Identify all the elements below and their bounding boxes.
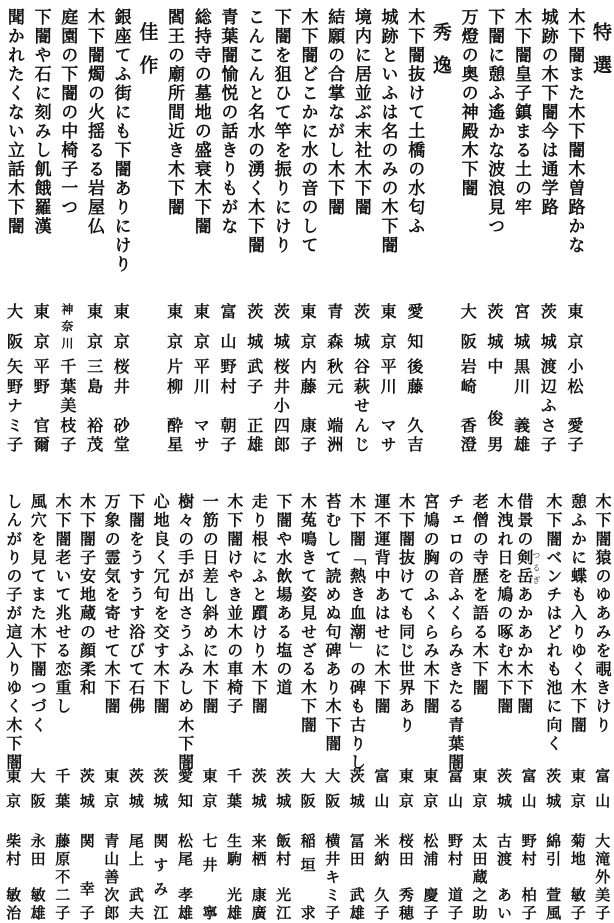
prefecture-label: 茨城 [491,768,516,808]
char: 後 [406,358,422,374]
char: 宮 [513,303,529,319]
char: 島 [86,378,102,394]
char: 垣 [300,857,315,872]
author-name: 平野 官爾 [27,358,54,452]
char: 東 [398,768,413,783]
char: 井 [112,378,128,394]
author-name: 横井キミ子 [319,833,344,920]
char: 城 [275,793,290,808]
char: 井 [201,857,216,872]
char: み [152,881,167,896]
char: 谷 [352,358,368,374]
prefecture-label: 東京 [294,303,321,349]
char: 渡 [496,851,511,866]
char: 子 [570,905,585,920]
char: 松 [177,833,192,848]
char: 野 [32,378,48,394]
char [192,397,208,413]
char: 藤 [299,378,315,394]
prefecture-label: 神奈川 [54,303,81,349]
char: 廣 [251,905,266,920]
haiku-column: チェロの音ふくらみきたる青葉闇 富山 野村 道子 [442,485,467,923]
char: 枝 [59,417,75,433]
char: 野 [219,358,235,374]
char: 愛 [566,417,582,433]
char: 関 [79,833,94,848]
char: 俊 [486,410,502,426]
char: 川 [192,378,208,394]
author-name: 内藤 康子 [294,358,321,452]
author-name: 米納 久子 [369,833,394,920]
prefecture-label: 富山 [589,768,614,808]
char: 光 [275,887,290,902]
char: 城 [486,333,502,349]
char: 官 [32,417,48,433]
char: 城 [496,793,511,808]
char: 奈 [61,320,73,332]
haiku-column: 木洩れ日を鳩の啄む木下闇 茨城 古渡 あい [491,485,516,923]
char: 香 [459,417,475,433]
char: 京 [32,333,48,349]
char [373,869,388,884]
char: 幸 [79,881,94,896]
author-name: 松浦 慶子 [418,833,443,920]
char: 原 [54,851,69,866]
char: 洲 [326,436,342,452]
char: 茨 [496,768,511,783]
author-name: 柴村 敏治 [0,833,25,920]
char: 東 [32,303,48,319]
author-name: 谷萩せんじ [347,358,374,452]
prefecture-label: 茨城 [540,768,565,808]
char: 村 [219,378,235,394]
char: 古 [496,833,511,848]
char: 茨 [152,768,167,783]
char: 菊 [570,833,585,848]
char: 茨 [128,768,143,783]
prefecture-label: 大阪 [25,768,50,808]
haiku-column: 下闇や石に刻みし飢餓羅漢 東京 平野 官爾 [27,0,54,460]
author-name: 秋元 端洲 [320,358,347,452]
haiku-column: 聞かれたくない立話木下闇 大阪 矢野ナミ子 [0,0,27,460]
char: キ [324,869,339,884]
char: 子 [6,436,22,452]
char: 京 [422,793,437,808]
char: 辺 [539,378,555,394]
prefecture-label: 東京 [0,768,25,808]
char: 柳 [166,378,182,394]
char: 正 [246,417,262,433]
haiku-column: 一筋の日差し斜めに木下闇 東京 七井 寧 [197,485,222,923]
prefecture-label: 茨城 [344,768,369,808]
char: 萱 [545,887,560,902]
char: 崎 [459,378,475,394]
prefecture-label: 茨城 [534,303,561,349]
author-name: 桜井 砂堂 [107,358,134,452]
char [32,397,48,413]
char: 七 [201,833,216,848]
author-name: 黒川 義雄 [507,358,534,452]
char: 雄 [177,905,192,920]
char: 孝 [177,887,192,902]
haiku-column: 木下闇抜けて土橋の水匂ふ 愛知 後藤 久吉 [401,0,428,460]
prefecture-label: 東京 [27,303,54,349]
char: 野 [521,833,536,848]
prefecture-label: 東京 [160,303,187,349]
char: 村 [447,851,462,866]
char: 京 [379,333,395,349]
haiku-column: 木下闇けやき並木の車椅子 千葉 生駒 光雄 [221,485,246,923]
char: 村 [275,851,290,866]
char: 夫 [128,905,143,920]
haiku-column: 木下闇老いて兆せる恋重し 千葉 藤原不二子 [49,485,74,923]
char: 黒 [513,358,529,374]
author-name: 菊地 敏子 [565,833,590,920]
char [226,869,241,884]
char: 藤 [406,378,422,394]
haiku-column: 走り根にふと躓けり木下闇 茨城 来栖 康廣 [246,485,271,923]
prefecture-label: 茨城 [270,768,295,808]
char: 小 [272,397,288,413]
char: さ [539,417,555,433]
char: 浦 [422,851,437,866]
char: 阪 [30,793,45,808]
char [379,397,395,413]
char [486,384,502,400]
char: 山 [373,793,388,808]
haiku-column: 青葉闇愉悦の話きりもがな 富山 野村 朝子 [214,0,241,460]
char: 京 [398,793,413,808]
char: 雄 [513,436,529,452]
heading-column: 佳作 [134,0,161,460]
char: 雄 [30,905,45,920]
char: 堂 [112,436,128,452]
char: 東 [112,303,128,319]
heading-column: 特選 [587,0,614,460]
char [326,397,342,413]
author-name: 平川 マサ [187,358,214,452]
prefecture-label: 千葉 [49,768,74,808]
char: 葉 [59,378,75,394]
char: 山 [447,793,462,808]
haiku-column: 城跡といふは名のみの木下闇 東京 平川 マサ [374,0,401,460]
char [128,869,143,884]
char: 善 [103,869,118,884]
char: 雄 [226,905,241,920]
char: 森 [326,333,342,349]
haiku-selection-page: 特選 木下闇また木下闇木曽路かな 東京 小松 愛子 城跡の木下闇今は通学路 茨城… [0,0,614,923]
char: 城 [539,333,555,349]
char: 京 [86,333,102,349]
char: 男 [486,436,502,452]
author-name: 野村 朝子 [214,358,241,452]
char: 中 [486,358,502,374]
char: い [496,905,511,920]
char: 端 [326,417,342,433]
author-name: 太田蔵之助 [467,833,492,920]
haiku-column: 木下闇猿のゆあみを覗きけり 富山 大滝外美子 [589,485,614,923]
char: 吉 [406,436,422,452]
char: 美 [59,397,75,413]
char: 引 [545,851,560,866]
char: 知 [177,793,192,808]
char: 元 [326,378,342,394]
char: 神 [61,303,73,315]
author-name: 青山善次郎 [99,833,124,920]
char: 太 [472,833,487,848]
char [299,397,315,413]
char: 郎 [103,905,118,920]
char: 外 [594,869,609,884]
char: ナ [6,397,22,413]
char: 朝 [219,417,235,433]
char: 四 [272,417,288,433]
char: 京 [103,793,118,808]
char: 村 [5,851,20,866]
haiku-column: 下闇に憩ふ遙かな波浪見つ 茨城 中 俊男 [481,0,508,460]
char: 茨 [545,768,560,783]
prefecture-label: 愛知 [401,303,428,349]
author-name: 七井 寧 [197,833,222,920]
char: 三 [86,358,102,374]
char: 萩 [352,378,368,394]
haiku-column: 銀座てふ街にも下闇ありにけり 東京 桜井 砂堂 [107,0,134,460]
char: 東 [566,303,582,319]
char [521,869,536,884]
char [459,397,475,413]
haiku-column: 木下闇ベンチはどれも池に向く 茨城 綿引 萱風 [540,485,565,923]
char: 穂 [398,905,413,920]
haiku-column: 木菟鳴きて姿見せざる木下闇 大阪 稲垣 求 [295,485,320,923]
char: 片 [166,358,182,374]
prefecture-label: 富山 [442,768,467,808]
prefecture-label: 東京 [467,768,492,808]
char [566,397,582,413]
char: 山 [594,793,609,808]
char: 来 [251,833,266,848]
char: 村 [521,851,536,866]
char: 子 [521,905,536,920]
char: 城 [545,793,560,808]
char: 江 [152,905,167,920]
char: 城 [246,333,262,349]
char: 京 [472,793,487,808]
char: 大 [324,768,339,783]
char: 武 [128,887,143,902]
haiku-column: 閻王の廟所間近き木下闇 東京 片柳 酔星 [160,0,187,460]
char: 柴 [5,833,20,848]
char: 知 [406,333,422,349]
char: 山 [219,333,235,349]
char: 京 [112,333,128,349]
char: 寧 [201,905,216,920]
haiku-column: 木下闇また木下闇木曽路かな 東京 小松 愛子 [561,0,588,460]
author-name: 藤原不二子 [49,833,74,920]
char: 子 [539,436,555,452]
char: 武 [349,887,364,902]
char: 川 [513,378,529,394]
author-name: 桜井小四郎 [267,358,294,452]
author-name: 稲垣 求 [295,833,320,920]
haiku-column: 木下闇皇子鎮まる土の牢 宮城 黒川 義雄 [507,0,534,460]
haiku-column: 宮鳩の胸のふくらみ木下闇 東京 松浦 慶子 [418,485,443,923]
char [166,397,182,413]
char: 富 [219,303,235,319]
char: 関 [152,833,167,848]
char: ん [352,417,368,433]
char: 茂 [86,436,102,452]
char: 城 [272,333,288,349]
char: 千 [59,358,75,374]
char [275,869,290,884]
author-name: 松尾 孝雄 [172,833,197,920]
char: 城 [513,333,529,349]
char: 子 [79,905,94,920]
char: 久 [406,417,422,433]
char: 阪 [324,793,339,808]
char: 飯 [275,833,290,848]
char: 内 [299,358,315,374]
section-heading: 特選 [587,22,614,460]
author-name: 尾上 武夫 [123,833,148,920]
char: 敏 [5,887,20,902]
char: 茨 [246,303,262,319]
char: 東 [472,768,487,783]
prefecture-label: 愛知 [172,768,197,808]
char [447,869,462,884]
author-name: 千葉美枝子 [54,358,81,452]
char: 富 [373,768,388,783]
prefecture-label: 東京 [107,303,134,349]
haiku-column: 下闇をうすうす浴びて石佛 茨城 尾上 武夫 [123,485,148,923]
author-name: 武子 正雄 [240,358,267,452]
char: 田 [30,851,45,866]
author-name: 野村 道子 [442,833,467,920]
prefecture-label: 茨城 [267,303,294,349]
haiku-column: 下闇を狙ひて竿を振りにけり 茨城 桜井小四郎 [267,0,294,460]
char: 稲 [300,833,315,848]
prefecture-label: 富山 [516,768,541,808]
prefecture-label: 茨城 [123,768,148,808]
char: 駒 [226,851,241,866]
char: 城 [352,333,368,349]
char [422,869,437,884]
author-name: 関すみ江 [148,833,173,920]
author-name: 生駒 光雄 [221,833,246,920]
char: 松 [566,378,582,394]
char: 野 [447,833,462,848]
char: ミ [324,887,339,902]
char: 東 [570,768,585,783]
haiku-column: 心地良く冗句を交す木下闇 茨城 関すみ江 [148,485,173,923]
char: 東 [103,768,118,783]
char: 田 [398,851,413,866]
char: 子 [422,905,437,920]
prefecture-label: 茨城 [240,303,267,349]
char: 綿 [545,833,560,848]
char: 敏 [570,887,585,902]
haiku-column: 木下闇どこかに水の音のして 東京 内藤 康子 [294,0,321,460]
char: 城 [152,793,167,808]
haiku-column: 結願の合掌ながし木下闇 青森 秋元 端洲 [320,0,347,460]
char: 京 [5,793,20,808]
char: 東 [299,303,315,319]
prefecture-label: 東京 [374,303,401,349]
char: 武 [246,358,262,374]
haiku-column: 運不運背中あはせに木下闇 富山 米納 久子 [369,485,394,923]
char: 平 [32,358,48,374]
char: 尾 [128,833,143,848]
char: 平 [192,358,208,374]
prefecture-label: 茨城 [148,768,173,808]
char: す [152,857,167,872]
char: 京 [566,333,582,349]
char: 富 [594,768,609,783]
char: マ [379,417,395,433]
prefecture-label: 茨城 [246,768,271,808]
char: 茨 [251,768,266,783]
char: 尾 [177,851,192,866]
char [300,881,315,896]
char: 茨 [349,768,364,783]
char: 京 [299,333,315,349]
char: 平 [379,358,395,374]
char: 富 [447,768,462,783]
char [201,881,216,896]
char: 青 [103,833,118,848]
char: 久 [373,887,388,902]
char: 川 [61,337,73,349]
char: 美 [594,887,609,902]
author-name: 関 幸子 [74,833,99,920]
char: 二 [54,887,69,902]
char: 大 [300,768,315,783]
char: 地 [570,851,585,866]
char: 東 [192,303,208,319]
prefecture-label: 富山 [214,303,241,349]
prefecture-label: 茨城 [347,303,374,349]
author-name: 片柳 酔星 [160,358,187,452]
char: 小 [566,358,582,374]
char: 東 [166,303,182,319]
char: 京 [192,333,208,349]
char: 葉 [226,793,241,808]
haiku-column: 下闇や水飲場ある塩の道 茨城 飯村 光江 [270,485,295,923]
char: 風 [545,905,560,920]
char [246,397,262,413]
prefecture-label: 宮城 [507,303,534,349]
char: 京 [201,793,216,808]
char: 子 [324,905,339,920]
char: 康 [251,887,266,902]
char: 冨 [349,833,364,848]
author-name: 古渡 あい [491,833,516,920]
char: 阪 [6,333,22,349]
char [86,397,102,413]
prefecture-label: 東京 [393,768,418,808]
char: 岩 [459,358,475,374]
char: 江 [275,905,290,920]
char: 東 [201,768,216,783]
char: 裕 [86,417,102,433]
char [398,869,413,884]
furigana-ruby: 剣岳つるぎ [515,549,534,586]
haiku-column: こんこんと名水の湧く木下闇 茨城 武子 正雄 [240,0,267,460]
char: 子 [373,905,388,920]
char: 大 [594,833,609,848]
char: マ [192,417,208,433]
char [177,869,192,884]
